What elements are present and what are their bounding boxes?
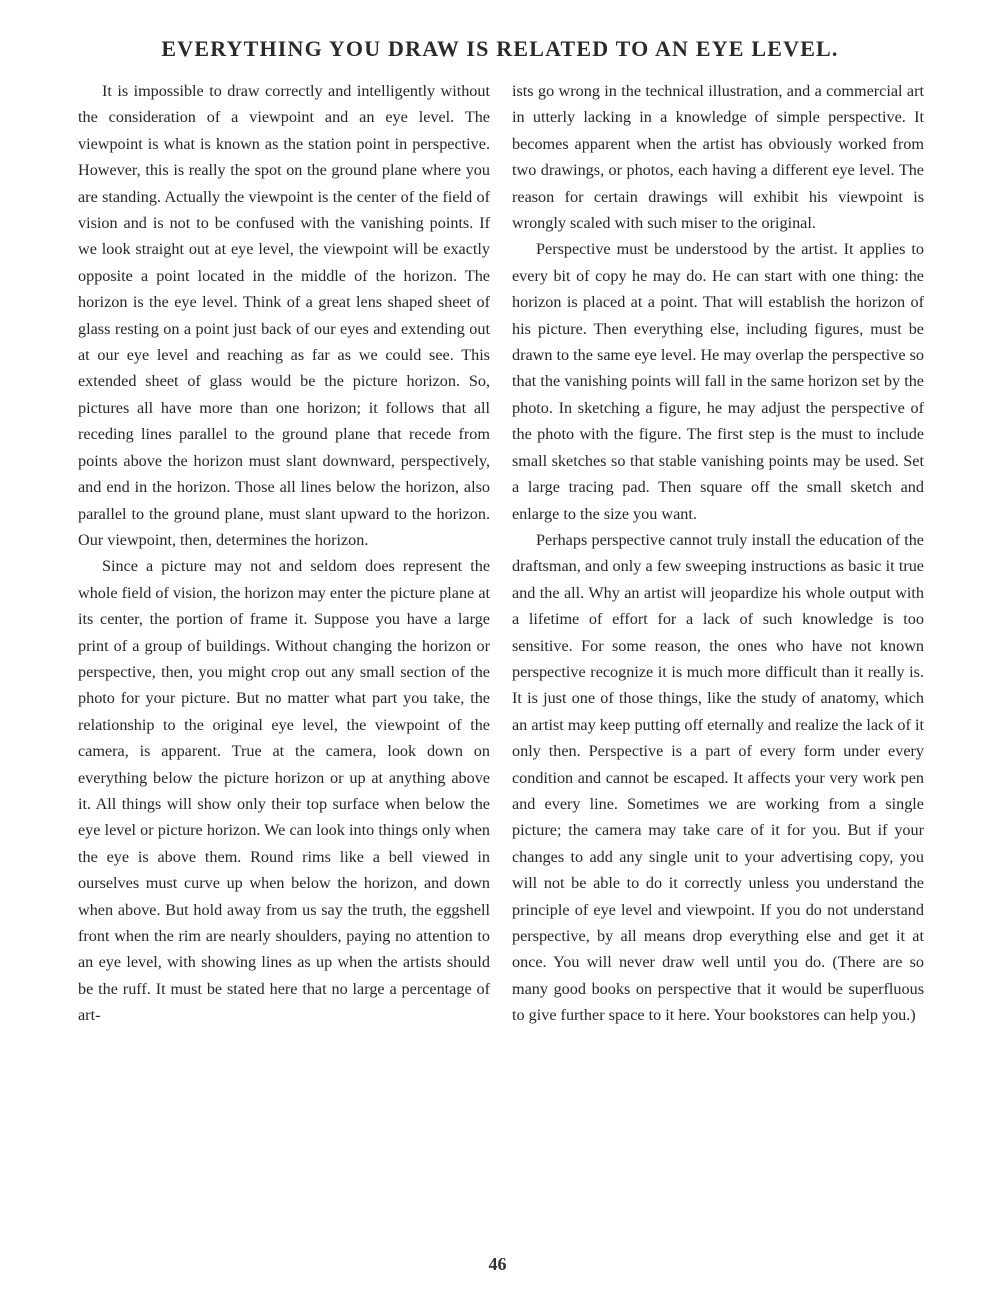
body-paragraph: Perspective must be understood by the ar… [512,236,924,526]
body-paragraph: Since a picture may not and seldom does … [78,553,490,1028]
page-number: 46 [0,1254,995,1275]
body-paragraph: Perhaps perspective cannot truly install… [512,527,924,1029]
document-page: Everything you draw is related to an eye… [0,0,995,1294]
right-column: ists go wrong in the technical illustrat… [512,78,924,1029]
page-title: Everything you draw is related to an eye… [120,36,880,62]
body-paragraph-continued: ists go wrong in the technical illustrat… [512,78,924,236]
left-column: It is impossible to draw correctly and i… [78,78,490,1029]
body-paragraph: It is impossible to draw correctly and i… [78,78,490,553]
